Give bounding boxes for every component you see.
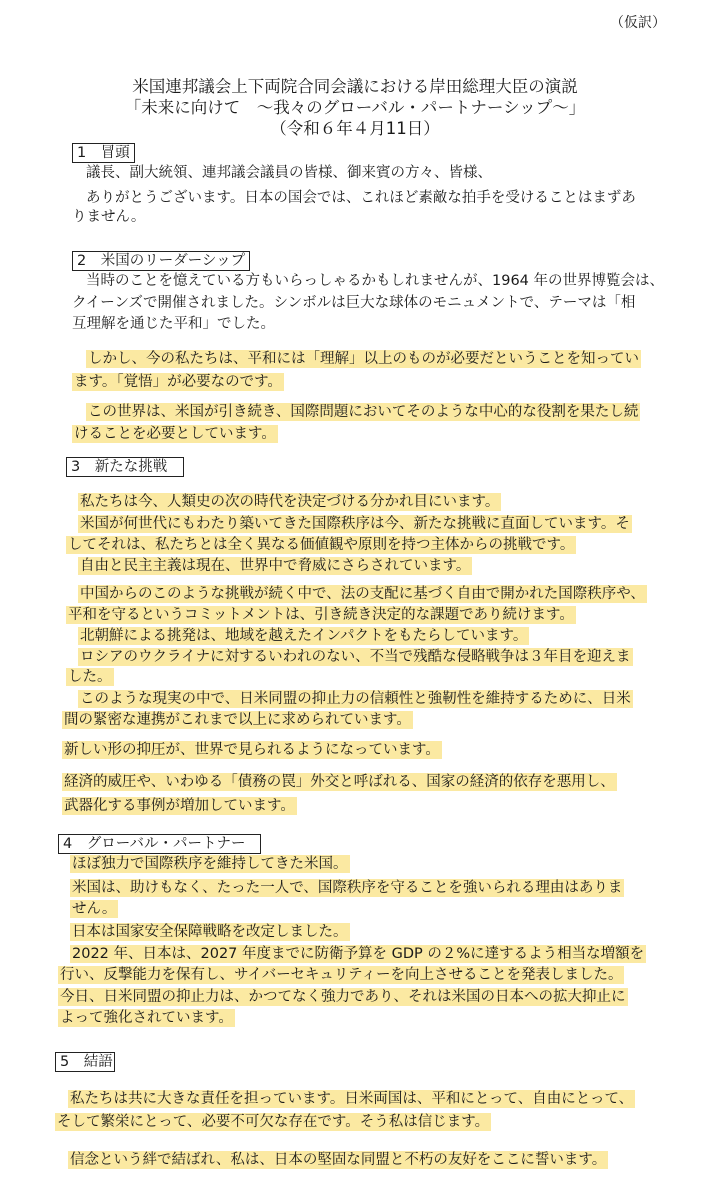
document-subtitle: 「未来に向けて ～我々のグローバル・パートナーシップ～」: [0, 97, 710, 118]
highlighted-line: 私たちは共に大きな責任を担っています。日米両国は、平和にとって、自由にとって、: [68, 1090, 635, 1108]
highlighted-line: この世界は、米国が引き続き、国際問題においてそのような中心的な役割を果たし続: [86, 403, 640, 421]
section-heading-5: 5 結語: [55, 1052, 115, 1072]
section-heading-4: 4 グローバル・パートナー: [58, 834, 261, 854]
section-heading-3: 3 新たな挑戦: [66, 457, 184, 477]
highlighted-line: 私たちは今、人類史の次の時代を決定づける分かれ目にいます。: [78, 493, 501, 511]
highlighted-line: しかし、今の私たちは、平和には「理解」以上のものが必要だということを知ってい: [86, 350, 641, 368]
highlighted-line: ます。「覚悟」が必要なのです。: [72, 373, 284, 391]
highlighted-line: 中国からのこのような挑戦が続く中で、法の支配に基づく自由で開かれた国際秩序や、: [78, 585, 647, 603]
provisional-translation-note: （仮訳）: [610, 12, 666, 32]
highlighted-line: けることを必要としています。: [72, 425, 278, 443]
paragraph-line: 当時のことを憶えている方もいらっしゃるかもしれませんが、1964 年の世界博覧会…: [86, 272, 664, 290]
highlighted-line: してそれは、私たちとは全く異なる価値観や原則を持つ主体からの挑戦です。: [66, 536, 576, 554]
section-heading-2: 2 米国のリーダーシップ: [72, 251, 250, 271]
highlighted-line: 米国は、助けもなく、たった一人で、国際秩序を守ることを強いられる理由はありま: [70, 879, 624, 897]
highlighted-line: 2022 年、日本は、2027 年度までに防衛予算を GDP の２%に達するよう…: [70, 945, 646, 963]
highlighted-line: ロシアのウクライナに対するいわれのない、不当で残酷な侵略戦争は３年目を迎えま: [78, 648, 633, 666]
paragraph-line: クイーンズで開催されました。シンボルは巨大な球体のモニュメントで、テーマは「相: [72, 294, 635, 312]
highlighted-line: このような現実の中で、日米同盟の抑止力の信頼性と強靭性を維持するために、日米: [78, 690, 633, 708]
highlighted-line: 武器化する事例が増加しています。: [62, 797, 297, 815]
highlighted-line: 今日、日米同盟の抑止力は、かつてなく強力であり、それは米国の日本への拡大抑止に: [58, 988, 628, 1006]
highlighted-line: よって強化されています。: [58, 1009, 235, 1027]
document-date: （令和６年４月11日）: [0, 118, 710, 139]
highlighted-line: 信念という絆で結ばれ、私は、日本の堅固な同盟と不朽の友好をここに誓います。: [68, 1151, 608, 1169]
highlighted-line: 経済的威圧や、いわゆる「債務の罠」外交と呼ばれる、国家の経済的依存を悪用し、: [62, 773, 617, 791]
paragraph-line: ありがとうございます。日本の国会では、これほど素敵な拍手を受けることはまずあ: [86, 189, 636, 207]
paragraph-line: 議長、副大統領、連邦議会議員の皆様、御来賓の方々、皆様、: [86, 164, 492, 182]
highlighted-line: 新しい形の抑圧が、世界で見られるようになっています。: [62, 741, 442, 759]
highlighted-line: せん。: [70, 900, 118, 918]
highlighted-line: した。: [66, 668, 114, 686]
highlighted-line: 間の緊密な連携がこれまで以上に求められています。: [62, 711, 413, 729]
paragraph-line: 互理解を通じた平和」でした。: [72, 315, 275, 333]
document-title: 米国連邦議会上下両院合同会議における岸田総理大臣の演説: [0, 76, 710, 97]
section-heading-1: 1 冒頭: [72, 143, 135, 163]
highlighted-line: そして繁栄にとって、必要不可欠な存在です。そう私は信じます。: [55, 1113, 491, 1131]
highlighted-line: 米国が何世代にもわたり築いてきた国際秩序は今、新たな挑戦に直面しています。そ: [78, 515, 632, 533]
highlighted-line: ほぼ独力で国際秩序を維持してきた米国。: [70, 855, 350, 873]
highlighted-line: 北朝鮮による挑発は、地域を越えたインパクトをもたらしています。: [78, 627, 529, 645]
highlighted-line: 行い、反撃能力を保有し、サイバーセキュリティーを向上させることを発表しました。: [58, 966, 624, 984]
highlighted-line: 平和を守るというコミットメントは、引き続き決定的な課題であり続けます。: [66, 606, 576, 624]
highlighted-line: 自由と民主主義は現在、世界中で脅威にさらされています。: [78, 557, 472, 575]
highlighted-line: 日本は国家安全保障戦略を改定しました。: [70, 923, 350, 941]
paragraph-line: りません。: [72, 208, 145, 226]
